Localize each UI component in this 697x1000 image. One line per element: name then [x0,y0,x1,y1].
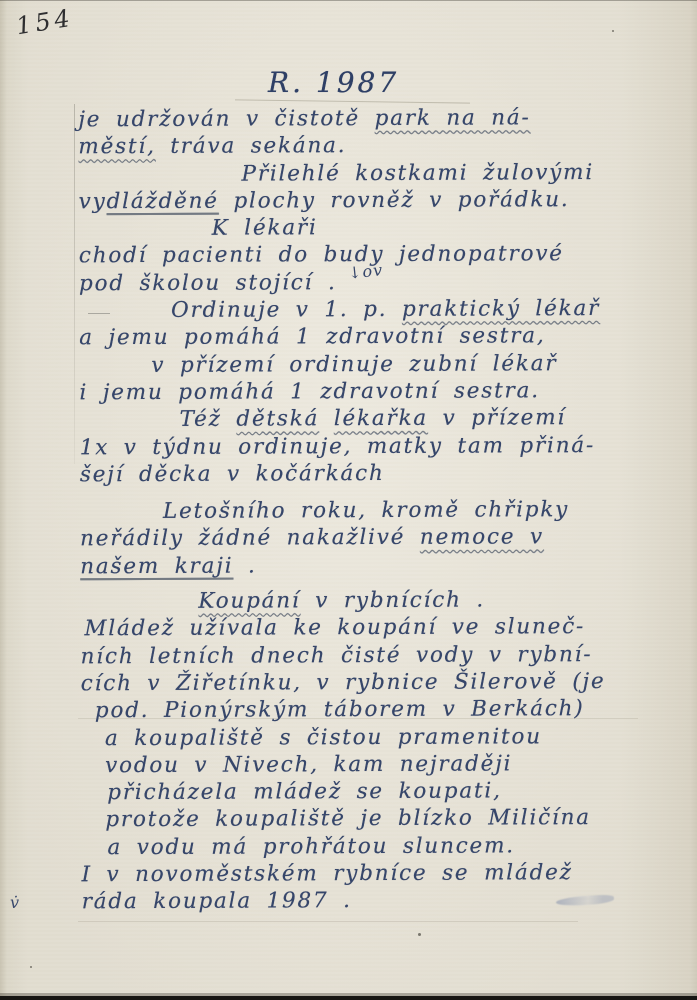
text-segment: I v novoměstském rybníce se mládež [82,860,573,887]
manuscript-line: vodou v Nivech, kam nejraději [81,751,666,781]
text-segment: šejí děcka v kočárkách [80,461,385,487]
manuscript-line: a jemu pomáhá 1 zdravotní sestra, [79,323,664,353]
manuscript-line: 1x v týdnu ordinuje, matky tam přiná- [80,432,665,462]
underlined-text: praktický lékař [402,296,600,322]
text-segment: a jemu pomáhá 1 zdravotní sestra, [79,324,545,351]
page-number: 154 [14,4,75,41]
year-heading: R. 1987 [268,66,399,99]
manuscript-line: I v novoměstském rybníce se mládež [82,860,667,890]
underlined-text: městí, [78,134,155,159]
manuscript-lines: je udržován v čistotě park na ná-městí, … [78,105,667,917]
manuscript-line: K lékaři [79,214,664,244]
text-segment: Letošního roku, kromě chřipky [163,497,569,524]
manuscript-line: Koupání v rybnících . [80,587,665,617]
text-segment: přicházela mládež se koupati, [107,779,502,806]
text-segment: a vodu má prohřátou sluncem. [107,833,515,860]
text-segment: neřádily žádné nakažlivé [80,525,420,551]
pencil-guide-line [235,99,470,103]
text-segment: v rybnících . [301,588,486,614]
manuscript-line: šejí děcka v kočárkách [80,460,665,490]
text-segment: v přízemí [428,405,566,431]
manuscript-line: Též dětská lékařka v přízemí [80,405,665,435]
manuscript-line: neřádily žádné nakažlivé nemoce v [80,524,665,554]
paper-speck [612,30,614,32]
insertion-mark: ↓ov [347,260,384,283]
text-segment: je udržován v čistotě [78,106,374,132]
paper-speck [30,966,32,968]
manuscript-line: je udržován v čistotě park na ná- [78,105,663,135]
page-bottom-edge [0,996,697,1000]
manuscript-line: pod. Pionýrským táborem v Berkách) [81,696,666,726]
text-segment: v přízemí ordinuje zubní lékař [151,351,557,378]
margin-rule-line [74,104,75,464]
text-segment: Ordinuje v 1. p. [171,297,402,323]
text-segment: ráda koupala 1987 . [82,888,352,914]
text-segment: chodí pacienti do budy jednopatrové [79,242,564,269]
manuscript-line: Ordinuje v 1. p. praktický lékař [79,296,664,326]
manuscript-line: a koupaliště s čistou pramenitou [81,723,666,753]
text-segment: 1x v týdnu ordinuje, matky tam přiná- [80,433,595,460]
manuscript-line: našem kraji . [80,551,665,581]
text-segment: vodou v Nivech, kam nejraději [105,751,512,778]
text-segment: plochy rovněž v pořádku. [219,187,570,214]
text-segment: Mládež užívala ke koupání ve sluneč- [84,614,585,641]
manuscript-line: a vodu má prohřátou sluncem. [81,832,666,862]
text-segment: vy [79,189,107,214]
underlined-text: dlážděné [106,189,218,214]
text-segment [319,406,334,431]
manuscript-line: v přízemí ordinuje zubní lékař [79,350,664,380]
text-segment: Přilehlé kostkami žulovými [241,160,594,187]
manuscript-line: ních letních dnech čisté vody v rybní- [81,641,666,671]
manuscript-line: Letošního roku, kromě chřipky [80,497,665,527]
manuscript-line: přicházela mládež se koupati, [81,778,666,808]
text-segment: protože koupaliště je blízko Miličína [105,805,591,832]
manuscript-line: cích v Žiřetínku, v rybnice Šilerově (je [81,669,666,699]
underlined-text: nemoce v [420,525,544,551]
manuscript-line: protože koupaliště je blízko Miličína [81,805,666,835]
underlined-text: dětská [236,406,319,431]
manuscript-line: městí, tráva sekána. [78,132,663,162]
text-segment: tráva sekána. [156,133,347,159]
text-segment: i jemu pomáhá 1 zdravotní sestra. [79,378,539,405]
pencil-guide-line [78,921,578,922]
underlined-text: Koupání [198,588,300,613]
underlined-text: park na ná- [375,105,531,131]
text-segment: K lékaři [212,215,318,240]
manuscript-line: i jemu pomáhá 1 zdravotní sestra. [79,378,664,408]
text-segment: cích v Žiřetínku, v rybnice Šilerově (je [81,669,606,696]
margin-mark: v̇ [10,893,19,912]
underlined-text: našem kraji [80,553,233,579]
manuscript-line: vydlážděné plochy rovněž v pořádku. [79,187,664,217]
text-segment: Též [180,407,237,432]
page-top-edge [0,0,697,1]
manuscript-line: Přilehlé kostkami žulovými [78,159,663,189]
paper-speck [418,933,421,936]
text-segment: pod. Pionýrským táborem v Berkách) [95,696,585,723]
manuscript-line: Mládež užívala ke koupání ve sluneč- [80,614,665,644]
text-segment: a koupaliště s čistou pramenitou [105,724,542,751]
text-segment: ních letních dnech čisté vody v rybní- [81,642,593,669]
text-segment: . [233,553,256,578]
text-segment: pod školou stojící . [79,270,337,296]
underlined-text: lékařka [334,406,428,431]
